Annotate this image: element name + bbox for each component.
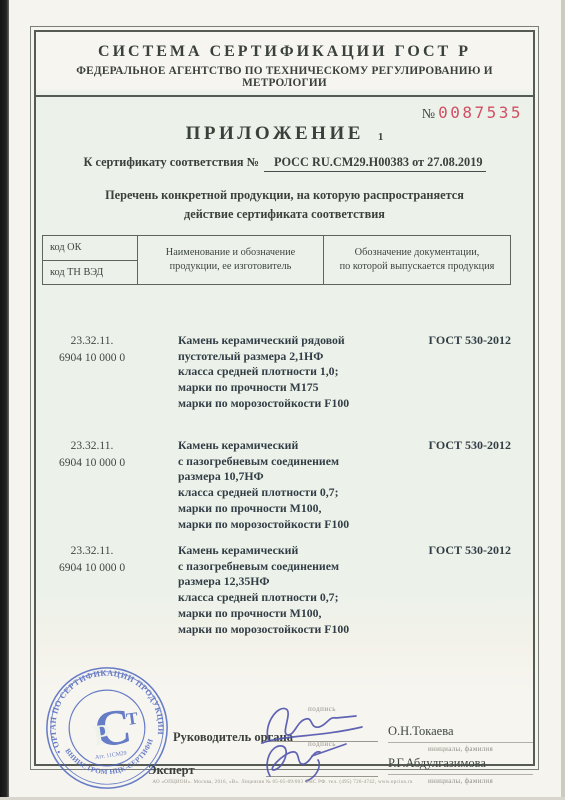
product-line: Камень керамический <box>178 543 406 559</box>
code-tnved-value: 6904 10 000 0 <box>42 350 142 367</box>
purpose-line-2: действие сертификата соответствия <box>36 205 533 224</box>
purpose-statement: Перечень конкретной продукции, на котору… <box>36 186 533 224</box>
certificate-number: РОСС RU.СМ29.Н00383 от 27.08.2019 <box>264 155 486 172</box>
docs-header-line-2: по которой выпускается продукция <box>340 260 495 274</box>
product-line: класса средней плотности 1,0; <box>178 364 406 380</box>
code-tnved-value: 6904 10 000 0 <box>42 560 142 577</box>
table-row: 23.32.11. 6904 10 000 0 Камень керамичес… <box>42 333 511 438</box>
product-line: Камень керамический рядовой <box>178 333 406 349</box>
code-ok-value: 23.32.11. <box>42 333 142 350</box>
expert-signature-line: подпись <box>266 738 378 777</box>
printer-imprint: АО «ОПЦИОН». Москва, 2016, «В». Лицензия… <box>0 780 565 785</box>
product-line: класса средней плотности 0,7; <box>178 485 406 501</box>
product-line: класса средней плотности 0,7; <box>178 590 406 606</box>
stamp-seal-icon: • ОРГАН ПО СЕРТИФИКАЦИИ ПРОДУКЦИИ • ВНИИ… <box>35 656 180 800</box>
agency-name: ФЕДЕРАЛЬНОЕ АГЕНТСТВО ПО ТЕХНИЧЕСКОМУ РЕ… <box>36 65 533 89</box>
expert-signature-caption: подпись <box>266 740 378 748</box>
product-description: Камень керамическийс пазогребневым соеди… <box>142 438 406 543</box>
certificate-reference-line: К сертификату соответствия №РОСС RU.СМ29… <box>36 155 533 172</box>
product-line: марки по морозостойкости F100 <box>178 517 406 533</box>
product-line: с пазогребневым соединением <box>178 559 406 575</box>
product-header-line-1: Наименование и обозначение <box>166 246 295 260</box>
products-table-header: код ОК код ТН ВЭД Наименование и обознач… <box>42 235 511 285</box>
row-codes: 23.32.11. 6904 10 000 0 <box>42 438 142 543</box>
product-header-line-2: продукции, ее изготовитель <box>170 260 292 274</box>
doc-reference: ГОСТ 530-2012 <box>406 438 511 543</box>
form-serial: №0087535 <box>36 104 533 122</box>
form-serial-number: 0087535 <box>438 103 523 122</box>
product-description: Камень керамическийс пазогребневым соеди… <box>142 543 406 648</box>
purpose-line-1: Перечень конкретной продукции, на котору… <box>36 186 533 205</box>
certification-body-stamp: • ОРГАН ПО СЕРТИФИКАЦИИ ПРОДУКЦИИ • ВНИИ… <box>35 656 180 800</box>
appendix-heading: ПРИЛОЖЕНИЕ1 <box>36 123 533 145</box>
product-line: марки по морозостойкости F100 <box>178 396 406 412</box>
code-ok-label: код ОК <box>50 242 81 253</box>
row-codes: 23.32.11. 6904 10 000 0 <box>42 543 142 648</box>
numero-sign: № <box>422 107 435 122</box>
head-name-caption: инициалы, фамилия <box>388 745 533 753</box>
code-tnved-header: код ТН ВЭД <box>43 260 137 285</box>
product-line: размера 10,7НФ <box>178 469 406 485</box>
product-line: с пазогребневым соединением <box>178 454 406 470</box>
code-ok-value: 23.32.11. <box>42 543 142 560</box>
code-tnved-label: код ТН ВЭД <box>50 267 103 278</box>
product-line: размера 12,35НФ <box>178 574 406 590</box>
product-line: пустотелый размера 2,1НФ <box>178 349 406 365</box>
product-line: марки по прочности М100, <box>178 501 406 517</box>
product-rows: 23.32.11. 6904 10 000 0 Камень керамичес… <box>42 333 511 648</box>
product-line: Камень керамический <box>178 438 406 454</box>
expert-name: Р.Г.Абдулгазимова <box>388 756 533 775</box>
row-codes: 23.32.11. 6904 10 000 0 <box>42 333 142 438</box>
product-line: марки по прочности М175 <box>178 380 406 396</box>
column-codes: код ОК код ТН ВЭД <box>43 236 138 284</box>
code-ok-header: код ОК <box>43 236 137 260</box>
product-line: марки по прочности М100, <box>178 606 406 622</box>
head-name: О.Н.Токаева <box>388 724 533 743</box>
column-product-header: Наименование и обозначение продукции, ее… <box>138 236 324 284</box>
document-frame: СИСТЕМА СЕРТИФИКАЦИИ ГОСТ Р ФЕДЕРАЛЬНОЕ … <box>30 26 539 770</box>
head-name-block: О.Н.Токаева инициалы, фамилия <box>388 724 533 753</box>
stamp-letter-t: Т <box>125 708 140 729</box>
expert-role-label: Эксперт <box>148 763 195 778</box>
appendix-number: 1 <box>378 131 384 143</box>
product-line: марки по морозостойкости F100 <box>178 622 406 638</box>
document-frame-inner: СИСТЕМА СЕРТИФИКАЦИИ ГОСТ Р ФЕДЕРАЛЬНОЕ … <box>34 30 535 766</box>
certification-system-title: СИСТЕМА СЕРТИФИКАЦИИ ГОСТ Р <box>36 43 533 61</box>
table-row: 23.32.11. 6904 10 000 0 Камень керамичес… <box>42 543 511 648</box>
code-ok-value: 23.32.11. <box>42 438 142 455</box>
doc-reference: ГОСТ 530-2012 <box>406 543 511 648</box>
document-header: СИСТЕМА СЕРТИФИКАЦИИ ГОСТ Р ФЕДЕРАЛЬНОЕ … <box>36 32 533 97</box>
signature-section: • ОРГАН ПО СЕРТИФИКАЦИИ ПРОДУКЦИИ • ВНИИ… <box>36 648 533 764</box>
appendix-title: ПРИЛОЖЕНИЕ <box>186 123 364 144</box>
column-docs-header: Обозначение документации, по которой вып… <box>324 236 510 284</box>
scanned-certificate-page: { "document": { "system_title": "СИСТЕМА… <box>0 0 565 800</box>
certificate-reference-label: К сертификату соответствия № <box>83 155 259 169</box>
doc-reference: ГОСТ 530-2012 <box>406 333 511 438</box>
scan-edge-right <box>561 0 565 800</box>
head-signature-caption: подпись <box>266 705 378 713</box>
code-tnved-value: 6904 10 000 0 <box>42 455 142 472</box>
table-row: 23.32.11. 6904 10 000 0 Камень керамичес… <box>42 438 511 543</box>
product-description: Камень керамический рядовойпустотелый ра… <box>142 333 406 438</box>
scan-edge-left <box>0 0 9 800</box>
docs-header-line-1: Обозначение документации, <box>355 246 480 260</box>
